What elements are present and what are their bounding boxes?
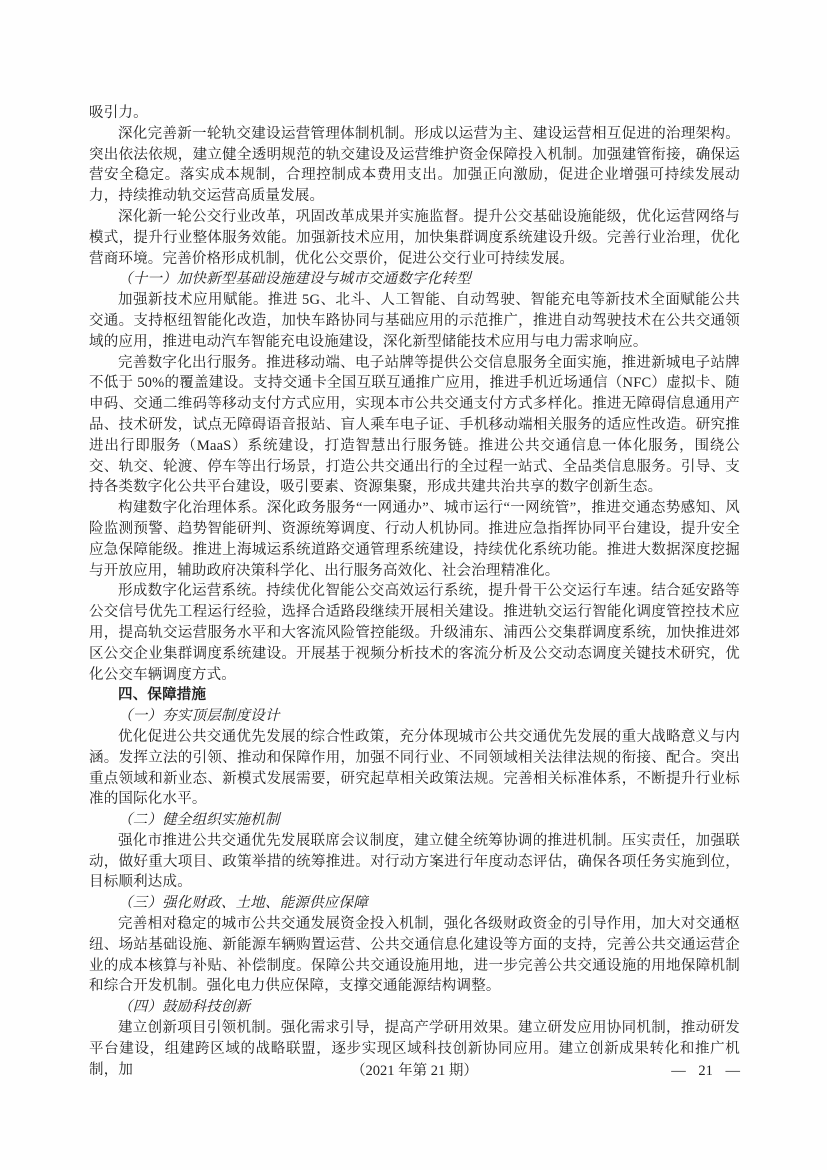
- page-footer: （2021 年第 21 期） — 21 —: [89, 1061, 740, 1082]
- subsection-heading: （二）健全组织实施机制: [89, 810, 740, 831]
- document-body: 吸引力。深化完善新一轮轨交建设运营管理体制机制。形成以运营为主、建设运营相互促进…: [89, 103, 740, 1080]
- footer-issue-label: （2021 年第 21 期）: [351, 1061, 478, 1082]
- paragraph: 完善数字化出行服务。推进移动端、电子站牌等提供公交信息服务全面实施，推进新城电子…: [89, 353, 740, 499]
- subsection-heading: （四）鼓励科技创新: [89, 997, 740, 1018]
- subsection-heading: （三）强化财政、土地、能源供应保障: [89, 893, 740, 914]
- footer-page-number: — 21 —: [671, 1061, 740, 1082]
- paragraph: 深化完善新一轮轨交建设运营管理体制机制。形成以运营为主、建设运营相互促进的治理架…: [89, 124, 740, 207]
- paragraph: 深化新一轮公交行业改革，巩固改革成果并实施监督。提升公交基础设施能级，优化运营网…: [89, 207, 740, 269]
- document-page: 吸引力。深化完善新一轮轨交建设运营管理体制机制。形成以运营为主、建设运营相互促进…: [0, 0, 827, 1170]
- paragraph: 加强新技术应用赋能。推进 5G、北斗、人工智能、自动驾驶、智能充电等新技术全面赋…: [89, 290, 740, 352]
- subsection-heading: （十一）加快新型基础设施建设与城市交通数字化转型: [89, 269, 740, 290]
- paragraph: 形成数字化运营系统。持续优化智能公交高效运行系统，提升骨干公交运行车速。结合延安…: [89, 581, 740, 685]
- paragraph-continuation: 吸引力。: [89, 103, 740, 124]
- section-heading: 四、保障措施: [89, 685, 740, 706]
- paragraph: 构建数字化治理体系。深化政务服务“一网通办”、城市运行“一网统管”，推进交通态势…: [89, 498, 740, 581]
- subsection-heading: （一）夯实顶层制度设计: [89, 706, 740, 727]
- paragraph: 强化市推进公共交通优先发展联席会议制度，建立健全统筹协调的推进机制。压实责任，加…: [89, 831, 740, 893]
- paragraph: 优化促进公共交通优先发展的综合性政策，充分体现城市公共交通优先发展的重大战略意义…: [89, 727, 740, 810]
- paragraph: 完善相对稳定的城市公共交通发展资金投入机制，强化各级财政资金的引导作用，加大对交…: [89, 914, 740, 997]
